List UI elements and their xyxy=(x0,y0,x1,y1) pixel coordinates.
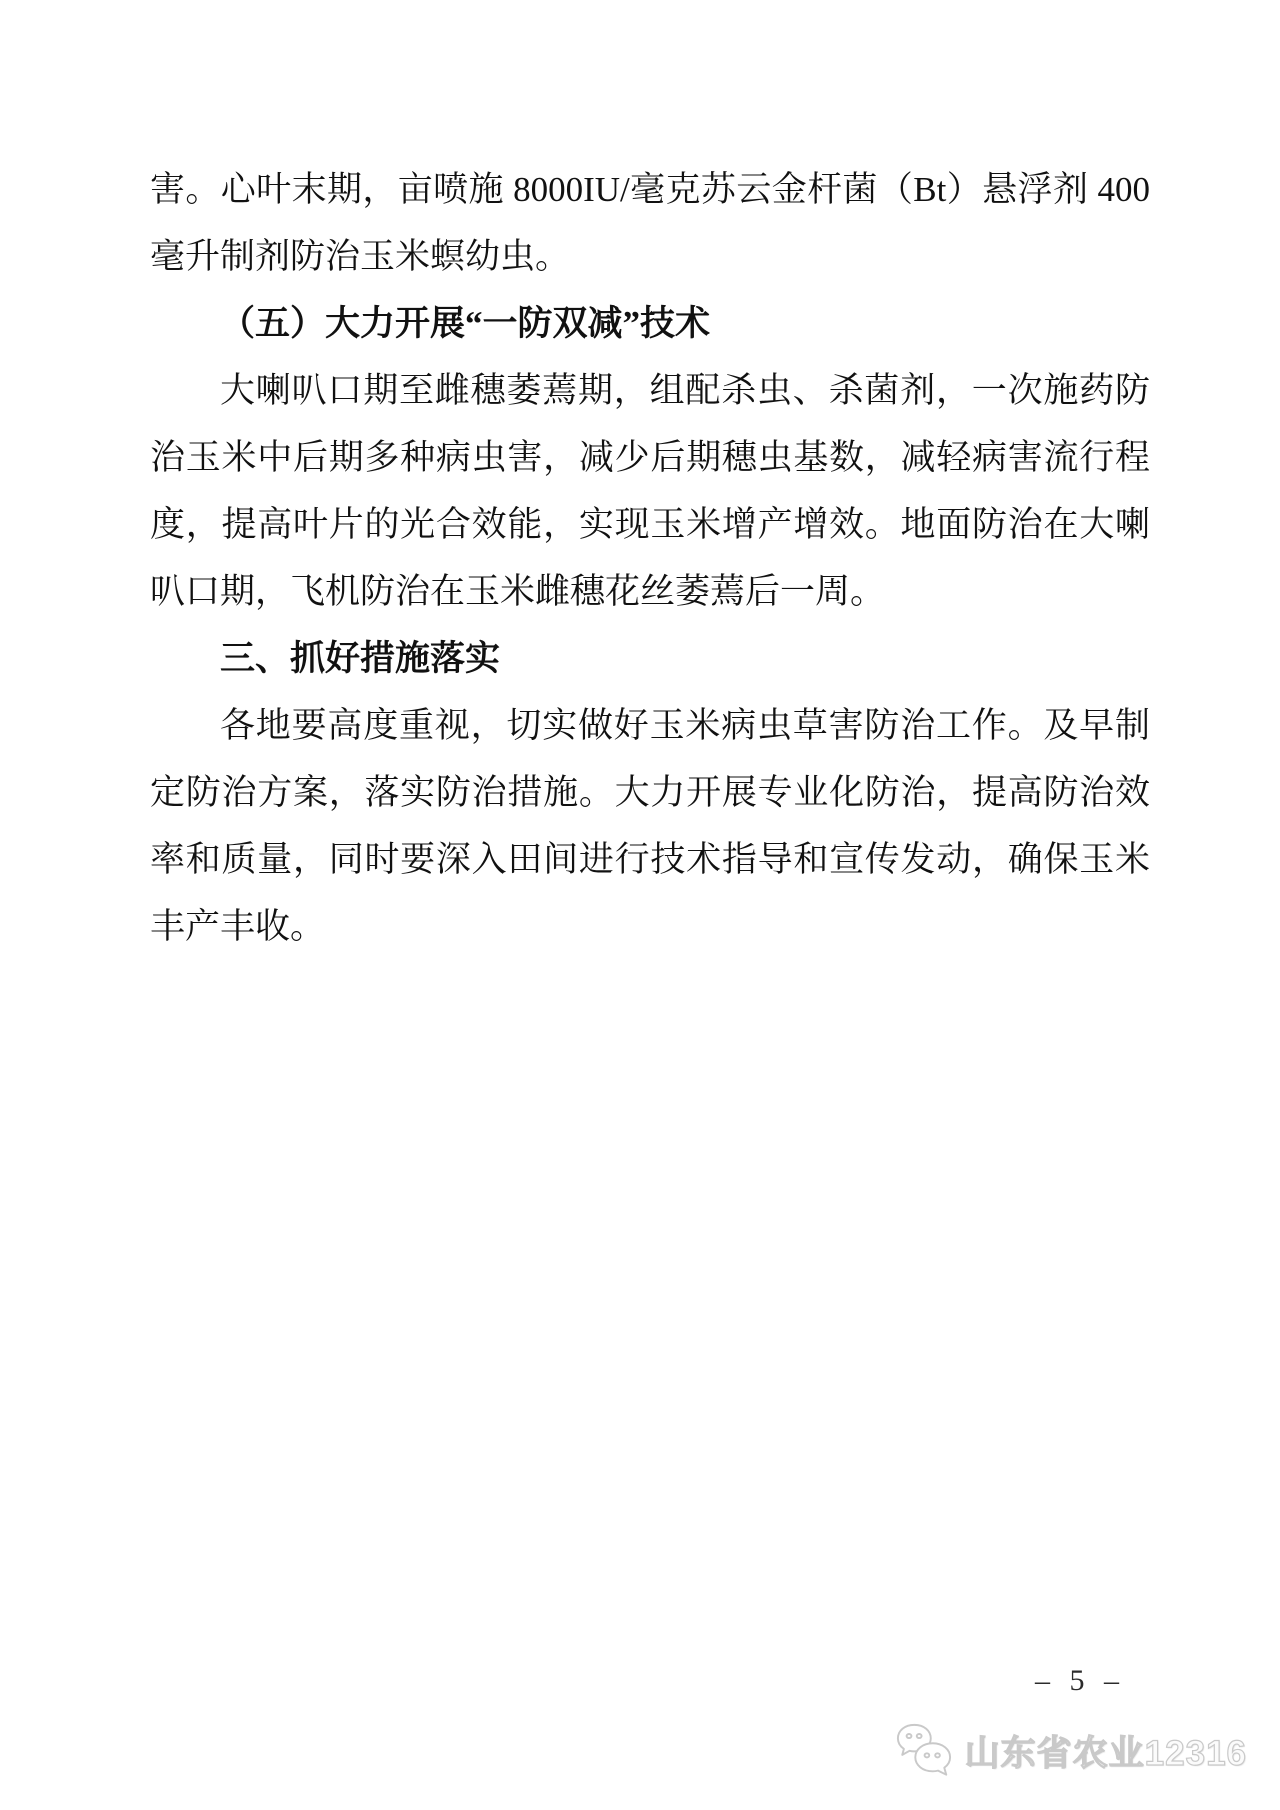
wechat-logo-icon xyxy=(893,1722,955,1780)
watermark-text: 山东省农业12316 xyxy=(965,1726,1247,1776)
body-line: 叭口期，飞机防治在玉米雌穗花丝萎蔫后一周。 xyxy=(150,558,1150,625)
section-heading-5: （五）大力开展“一防双减”技术 xyxy=(150,290,1150,357)
body-line: 度，提高叶片的光合效能，实现玉米增产增效。地面防治在大喇 xyxy=(150,491,1150,558)
body-line: 大喇叭口期至雌穗萎蔫期，组配杀虫、杀菌剂，一次施药防 xyxy=(150,357,1150,424)
document-page: 害。心叶末期，亩喷施 8000IU/毫克苏云金杆菌（Bt）悬浮剂 400 毫升制… xyxy=(0,0,1280,1810)
document-body: 害。心叶末期，亩喷施 8000IU/毫克苏云金杆菌（Bt）悬浮剂 400 毫升制… xyxy=(150,156,1150,960)
section-heading-3: 三、抓好措施落实 xyxy=(150,625,1150,692)
body-line: 各地要高度重视，切实做好玉米病虫草害防治工作。及早制 xyxy=(150,692,1150,759)
body-line: 治玉米中后期多种病虫害，减少后期穗虫基数，减轻病害流行程 xyxy=(150,424,1150,491)
page-number: – 5 – xyxy=(1035,1664,1125,1698)
body-line: 定防治方案，落实防治措施。大力开展专业化防治，提高防治效 xyxy=(150,759,1150,826)
body-line: 害。心叶末期，亩喷施 8000IU/毫克苏云金杆菌（Bt）悬浮剂 400 xyxy=(150,156,1150,223)
watermark: 山东省农业12316 xyxy=(893,1722,1247,1780)
body-line: 丰产丰收。 xyxy=(150,893,1150,960)
body-line: 率和质量，同时要深入田间进行技术指导和宣传发动，确保玉米 xyxy=(150,826,1150,893)
body-line: 毫升制剂防治玉米螟幼虫。 xyxy=(150,223,1150,290)
